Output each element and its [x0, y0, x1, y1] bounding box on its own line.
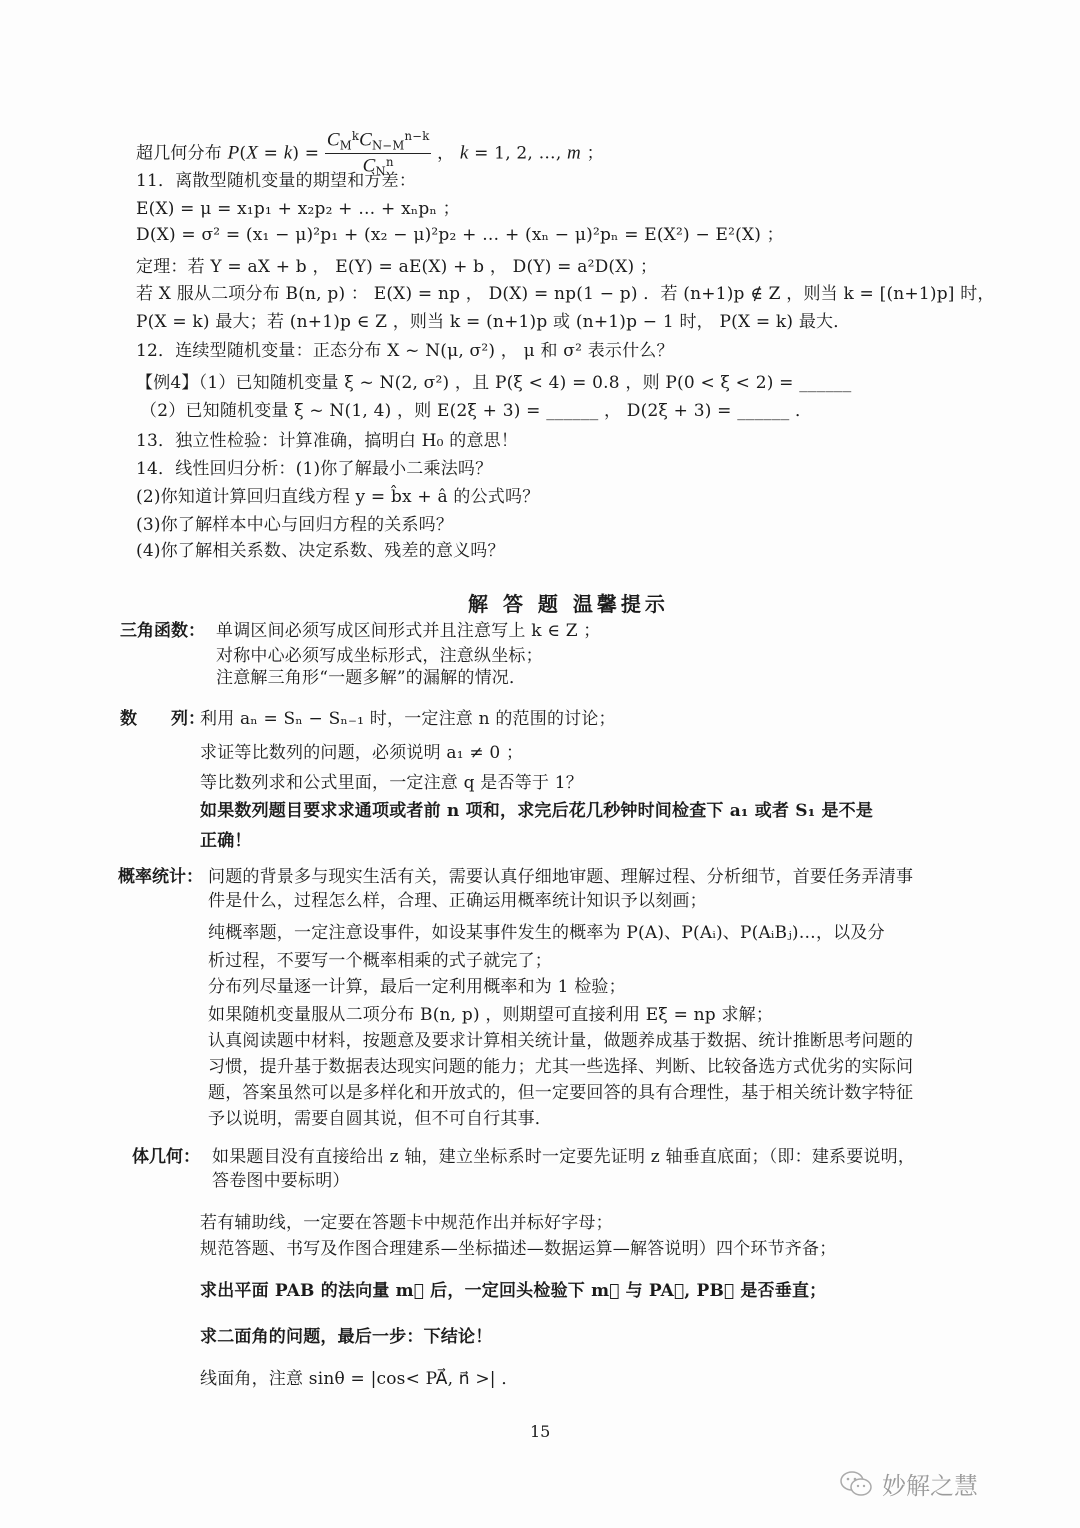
trig-line-3: 注意解三角形“一题多解”的漏解的情况． — [216, 667, 526, 689]
trig-line-2: 对称中心必须写成坐标形式，注意纵坐标； — [216, 645, 543, 667]
probability-line-5: 分布列尽量逐一计算，最后一定利用概率和为 1 检验； — [208, 976, 626, 998]
page-number: 15 — [530, 1422, 550, 1441]
geometry-line-4: 规范答题、书写及作图合理建系—坐标描述—数据运算—解答说明）四个环节齐备； — [200, 1238, 836, 1260]
watermark: 妙解之慧 — [838, 1466, 978, 1501]
geometry-line-7: 线面角，注意 sinθ = |cos< PA⃗, n⃗ >| ． — [200, 1368, 519, 1390]
probability-line-2: 件是什么，过程怎么样，合理、正确运用概率统计知识予以刻画； — [208, 890, 707, 912]
expectation-formula: E(X) = μ = x₁p₁ + x₂p₂ + … + xₙpₙ ； — [136, 198, 460, 220]
probability-line-7: 认真阅读题中材料，按题意及要求计算相关统计量，做题养成基于数据、统计推断思考问题… — [208, 1030, 913, 1052]
watermark-text: 妙解之慧 — [882, 1466, 978, 1501]
document-page: 超几何分布 P(X = k) = CMkCN−Mn−k CNn ， k = 1,… — [0, 0, 1080, 1528]
sequence-line-4: 如果数列题目要求求通项或者前 n 项和，求完后花几秒钟时间检查下 a₁ 或者 S… — [200, 800, 873, 822]
sequence-line-1: 利用 aₙ = Sₙ − Sₙ₋₁ 时，一定注意 n 的范围的讨论； — [200, 708, 616, 730]
wechat-icon — [838, 1469, 874, 1499]
probability-line-6: 如果随机变量服从二项分布 B(n, p) ，则期望可直接利用 Eξ = np 求… — [208, 1004, 773, 1026]
binomial-line-1: 若 X 服从二项分布 B(n, p) ： E(X) = np ， D(X) = … — [136, 283, 995, 305]
sequence-line-2: 求证等比数列的问题，必须说明 a₁ ≠ 0 ； — [200, 742, 523, 764]
probability-line-4: 析过程，不要写一个概率相乘的式子就完了； — [208, 950, 552, 972]
solid-geometry-label: 体几何： — [132, 1146, 200, 1168]
probability-line-8: 习惯，提升基于数据表达现实问题的能力；尤其一些选择、判断、比较备选方式优劣的实际… — [208, 1056, 913, 1078]
probability-line-9: 题，答案虽然可以是多样化和开放式的，但一定要回答的具有合理性，基于相关统计数字特… — [208, 1082, 913, 1104]
geometry-line-6: 求二面角的问题，最后一步：下结论！ — [200, 1326, 492, 1348]
geometry-line-5: 求出平面 PAB 的法向量 m⃗ 后，一定回头检验下 m⃗ 与 PA⃗, PB⃗… — [200, 1280, 826, 1302]
section-heading: 解 答 题 温馨提示 — [468, 588, 669, 617]
probability-line-1: 问题的背景多与现实生活有关，需要认真仔细地审题、理解过程、分析细节，首要任务弄清… — [208, 866, 913, 888]
trig-line-1: 单调区间必须写成区间形式并且注意写上 k ∈ Z ； — [216, 620, 601, 642]
item-11-title: 11．离散型随机变量的期望和方差： — [136, 170, 416, 192]
binomial-line-2: P(X = k) 最大；若 (n+1)p ∈ Z ，则当 k = (n+1)p … — [136, 311, 850, 333]
item-12-normal: 12．连续型随机变量：正态分布 X ~ N(μ, σ²) ， μ 和 σ² 表示… — [136, 340, 674, 362]
geometry-line-2: 答卷图中要标明） — [212, 1170, 350, 1192]
probability-line-3: 纯概率题，一定注意设事件，如设某事件发生的概率为 P(A)、P(Aᵢ)、P(Aᵢ… — [208, 922, 885, 944]
item-13-independence: 13．独立性检验：计算准确，搞明白 H₀ 的意思！ — [136, 430, 518, 452]
probability-line-10: 予以说明，需要自圆其说，但不可自行其事． — [208, 1108, 552, 1130]
example-4-part-2: （2）已知随机变量 ξ ~ N(1, 4) ，则 E(2ξ + 3) = ___… — [140, 400, 812, 422]
item-14-regression: 14．线性回归分析：(1)你了解最小二乘法吗？ — [136, 458, 492, 480]
variance-formula: D(X) = σ² = (x₁ − μ)²p₁ + (x₂ − μ)²p₂ + … — [136, 224, 784, 246]
geometry-line-3: 若有辅助线，一定要在答题卡中规范作出并标好字母； — [200, 1212, 613, 1234]
sequence-line-3: 等比数列求和公式里面，一定注意 q 是否等于 1？ — [200, 772, 583, 794]
regression-q3: (3)你了解样本中心与回归方程的关系吗？ — [136, 514, 453, 536]
geometry-line-1: 如果题目没有直接给出 z 轴，建立坐标系时一定要先证明 z 轴垂直底面；（即：建… — [212, 1146, 915, 1168]
regression-q2: (2)你知道计算回归直线方程 y = b̂x + â 的公式吗？ — [136, 486, 539, 508]
theorem-line: 定理：若 Y = aX + b ， E(Y) = aE(X) + b ， D(Y… — [136, 256, 657, 278]
probability-label: 概率统计： — [118, 866, 203, 888]
trig-label: 三角函数： — [120, 620, 205, 642]
sequence-label: 数 列： — [120, 708, 205, 730]
sequence-line-5: 正确！ — [200, 830, 252, 852]
regression-q4: (4)你了解相关系数、决定系数、残差的意义吗？ — [136, 540, 505, 562]
example-4-part-1: 【例4】（1）已知随机变量 ξ ~ N(2, σ²) ，且 P(ξ < 4) =… — [136, 372, 851, 394]
